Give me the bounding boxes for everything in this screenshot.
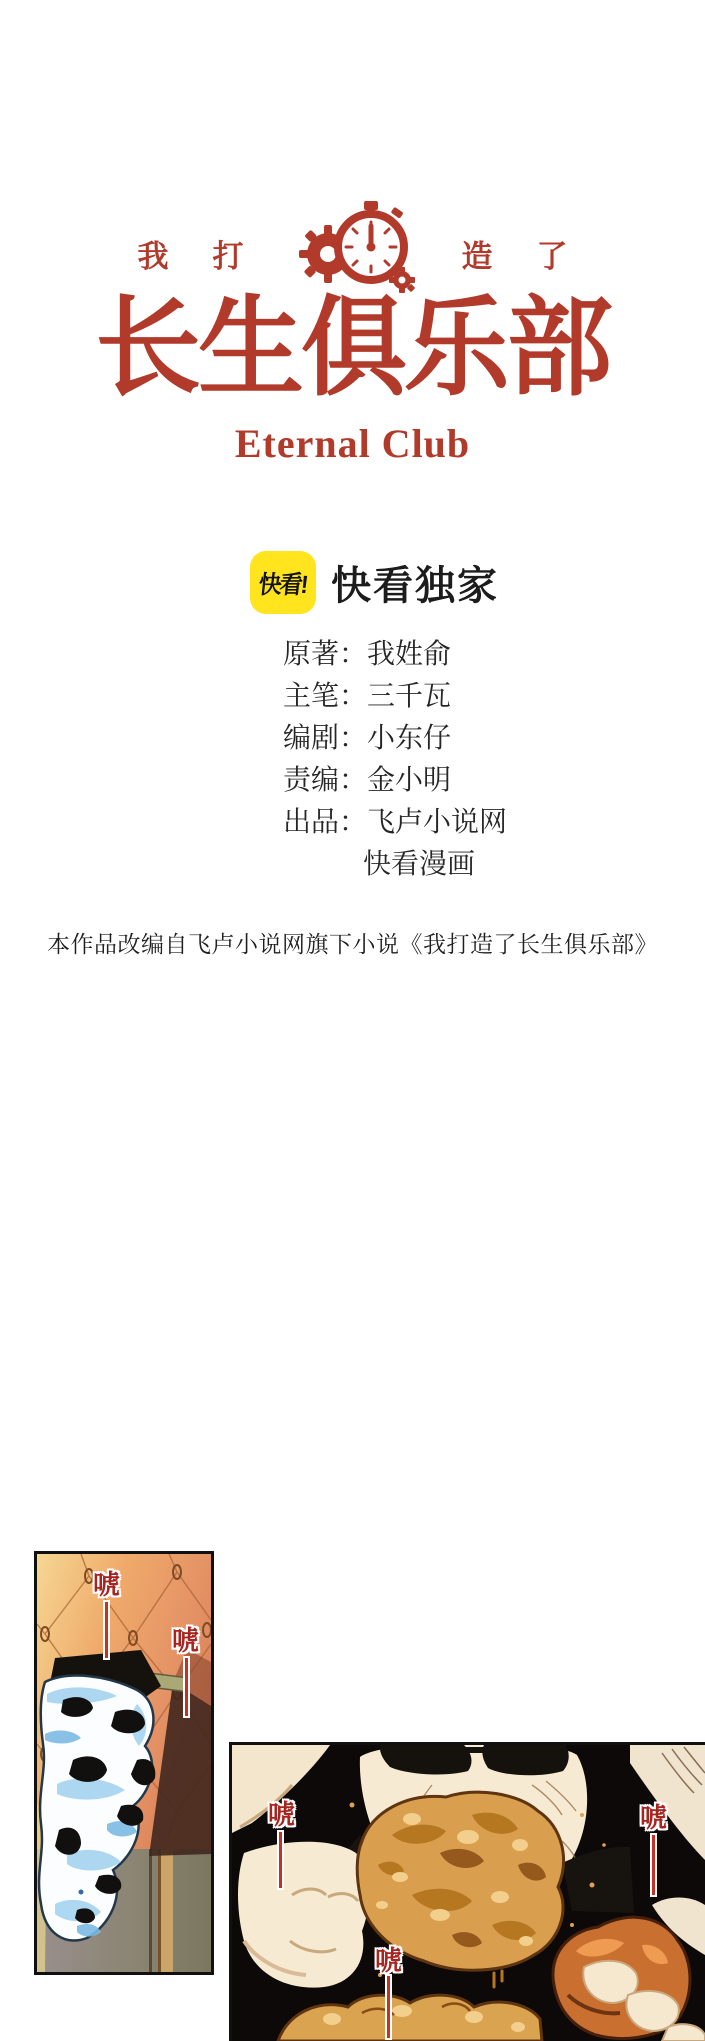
credits-block: 原著：我姓俞 主笔：三千瓦 编剧：小东仔 责编：金小明 出品：飞卢小说网 快看漫… [283, 633, 507, 885]
stopwatch-gear-icon [288, 199, 418, 294]
sfx-leader-line [105, 1602, 108, 1658]
credit-row: 主笔：三千瓦 [283, 675, 507, 717]
credit-row: 原著：我姓俞 [283, 633, 507, 675]
sfx-leader-line [279, 1832, 282, 1888]
kuaikan-logo-text: 快看! [257, 565, 308, 601]
comic-panel-left: 唬 唬 [34, 1551, 214, 1975]
adaptation-note: 本作品改编自飞卢小说网旗下小说《我打造了长生俱乐部》 [0, 926, 705, 959]
credit-row: 编剧：小东仔 [283, 717, 507, 759]
series-title: 长生俱乐部 [7, 284, 698, 411]
sfx-leader-line [185, 1658, 188, 1716]
series-title-english: Eternal Club [0, 420, 705, 467]
credit-row: 责编：金小明 [283, 759, 507, 801]
sfx-text: 唬 [375, 1948, 402, 1975]
sfx-text: 唬 [93, 1572, 120, 1599]
kuaikan-logo-icon: 快看! [250, 551, 316, 614]
panel-artwork-eating [232, 1745, 705, 2041]
sfx-leader-line [652, 1835, 655, 1895]
logo-small-row: 我 打 [0, 198, 705, 294]
sfx-text: 唬 [172, 1628, 199, 1655]
credit-row: 快看漫画 [283, 843, 507, 885]
comic-title-page: 我 打 [0, 0, 705, 2041]
exclusive-row: 快看! 快看独家 [250, 551, 499, 614]
sfx-leader-line [387, 1976, 390, 2038]
panel-artwork-cloth [37, 1554, 211, 1972]
credit-row: 出品：飞卢小说网 [283, 801, 507, 843]
comic-panel-right: 唬 唬 唬 [229, 1742, 705, 2041]
exclusive-label: 快看独家 [331, 554, 499, 611]
sfx-text: 唬 [268, 1802, 295, 1829]
sfx-text: 唬 [640, 1805, 667, 1832]
